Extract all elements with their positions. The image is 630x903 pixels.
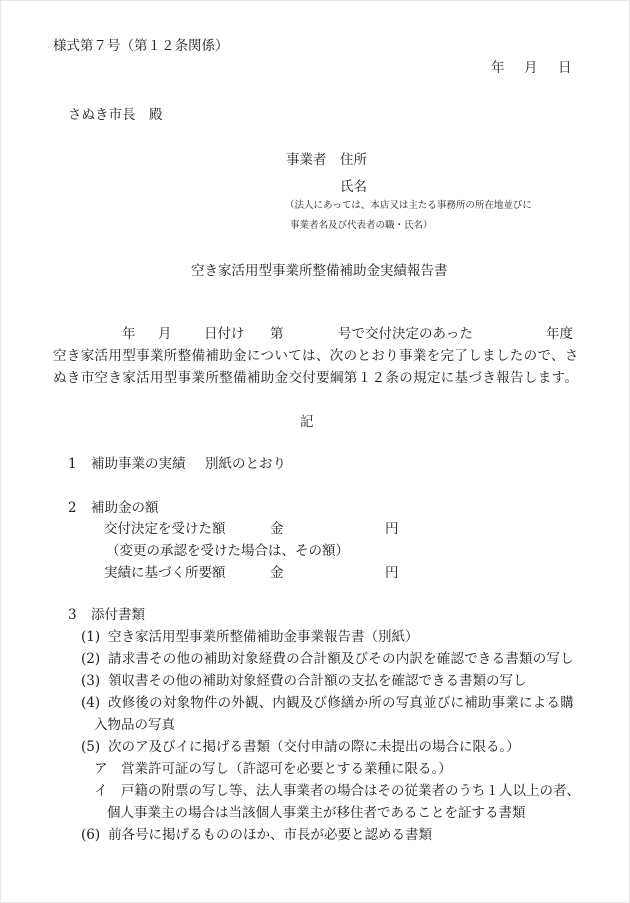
addressee: さぬき市長 殿 <box>68 106 163 124</box>
sub-item-i-text: 戸籍の附票の写し等、法人事業者の場合はその従業者のうち１人以上の者、 <box>121 782 580 800</box>
attachment-2-number: (2) <box>81 650 100 668</box>
date-month-label: 月 <box>524 59 538 77</box>
body-month: 月 <box>158 325 172 343</box>
sub-item-a-number: ア <box>94 760 108 778</box>
decided-amount-note: （変更の承認を受けた場合は、その額） <box>106 542 349 560</box>
attachment-4-text: 改修後の対象物件の外観、内観及び修繕か所の写真並びに補助事業による購 <box>108 694 574 712</box>
address-label: 住所 <box>340 151 367 169</box>
sub-item-i-number: イ <box>94 782 108 800</box>
decided-amount-label: 交付決定を受けた額 <box>104 520 226 538</box>
attachment-1-number: (1) <box>81 628 100 646</box>
attachment-6-text: 前各号に掲げるもののほか、市長が必要と認める書類 <box>108 826 432 844</box>
attachment-4-number: (4) <box>81 694 100 712</box>
form-number: 様式第７号（第１２条関係） <box>53 37 229 55</box>
section2-label: 補助金の額 <box>91 499 159 517</box>
actual-amount-kin: 金 <box>270 564 284 582</box>
decided-amount-kin: 金 <box>270 520 284 538</box>
body-no-suffix: 号で交付決定のあった <box>338 325 473 343</box>
decided-amount-yen: 円 <box>385 520 399 538</box>
attachment-4-continuation: 入物品の写真 <box>94 716 175 734</box>
attachment-3-number: (3) <box>81 672 100 690</box>
body-line3: ぬき市空き家活用型事業所整備補助金交付要綱第１２条の規定に基づき報告します。 <box>53 369 578 387</box>
body-no-prefix: 第 <box>270 325 284 343</box>
actual-amount-label: 実績に基づく所要額 <box>104 564 226 582</box>
section3-number: 3 <box>68 606 77 624</box>
body-year: 年 <box>122 325 136 343</box>
business-label: 事業者 <box>286 151 327 169</box>
actual-amount-yen: 円 <box>385 564 399 582</box>
attachment-1-text: 空き家活用型事業所整備補助金事業報告書（別紙） <box>108 628 419 646</box>
sub-item-a-text: 営業許可証の写し（許認可を必要とする業種に限る。） <box>121 760 452 778</box>
attachment-6-number: (6) <box>81 826 100 844</box>
date-year-label: 年 <box>491 59 505 77</box>
applicant-note-line2: 事業者名及び代表者の職・氏名） <box>290 219 433 233</box>
attachment-5-text: 次のア及びイに掲げる書類（交付申請の際に未提出の場合に限る。） <box>108 738 520 756</box>
section2-number: 2 <box>68 499 77 517</box>
body-line2: 空き家活用型事業所整備補助金については、次のとおり事業を完了しましたので、さ <box>53 347 579 365</box>
applicant-note-line1: （法人にあっては、本店又は主たる事務所の所在地並びに <box>285 199 532 213</box>
section3-label: 添付書類 <box>91 606 145 624</box>
attachment-5-number: (5) <box>81 738 100 756</box>
sub-item-i-continuation: 個人事業主の場合は当該個人事業主が移住者であることを証する書類 <box>107 804 526 822</box>
section1-number: 1 <box>68 455 77 473</box>
attachment-3-text: 領収書その他の補助対象経費の合計額の支払を確認できる書類の写し <box>108 672 527 690</box>
date-day-label: 日 <box>558 59 572 77</box>
body-fiscal-year: 年度 <box>546 325 573 343</box>
body-day-ref: 日付け <box>204 325 245 343</box>
ki-heading: 記 <box>300 413 314 431</box>
attachment-2-text: 請求書その他の補助対象経費の合計額及びその内訳を確認できる書類の写し <box>108 650 574 668</box>
document-title: 空き家活用型事業所整備補助金実績報告書 <box>191 262 448 280</box>
section1-value: 別紙のとおり <box>205 455 286 473</box>
section1-label: 補助事業の実績 <box>91 455 186 473</box>
name-label: 氏名 <box>340 178 367 196</box>
